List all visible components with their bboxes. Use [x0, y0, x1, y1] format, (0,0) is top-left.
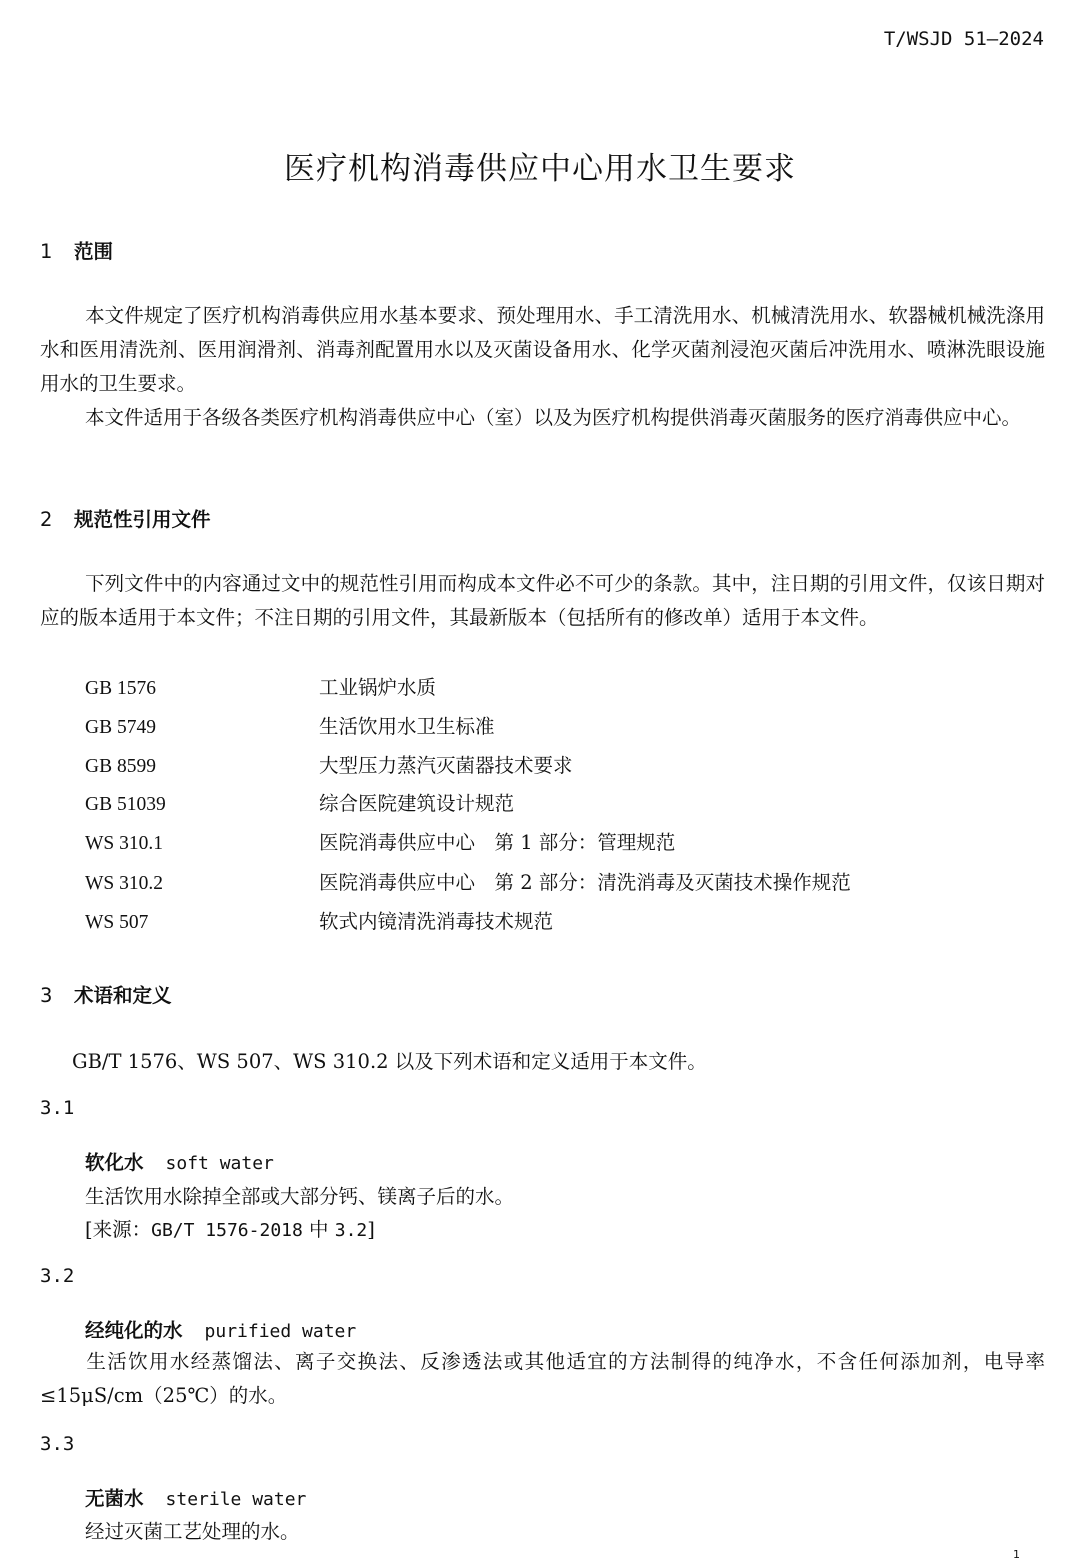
scope-paragraph-1: 本文件规定了医疗机构消毒供应用水基本要求、预处理用水、手工清洗用水、机械清洗用水…: [40, 299, 1045, 401]
term-source: [来源：GB/T 1576-2018 中 3.2]: [85, 1214, 375, 1242]
section-title: 规范性引用文件: [74, 508, 211, 531]
document-code: T/WSJD 51—2024: [884, 28, 1044, 50]
document-title: 医疗机构消毒供应中心用水卫生要求: [0, 143, 1080, 188]
section-heading-terms-definitions: 3术语和定义: [40, 980, 172, 1008]
page-number: 1: [1013, 1548, 1020, 1561]
section-title: 范围: [74, 240, 113, 263]
term-definition: 生活饮用水除掉全部或大部分钙、镁离子后的水。: [85, 1181, 514, 1209]
term-entry: 软化水soft water: [85, 1147, 274, 1175]
term-definition: 经过灭菌工艺处理的水。: [85, 1516, 300, 1544]
reference-title: 生活饮用水卫生标准: [319, 715, 495, 738]
section-heading-normative-references: 2规范性引用文件: [40, 504, 211, 532]
reference-title: 软式内镜清洗消毒技术规范: [319, 910, 553, 933]
terms-intro-paragraph: GB/T 1576、WS 507、WS 310.2 以及下列术语和定义适用于本文…: [72, 1046, 707, 1074]
reference-row: GB 51039综合医院建筑设计规范: [85, 788, 514, 816]
scope-paragraph-2: 本文件适用于各级各类医疗机构消毒供应中心（室）以及为医疗机构提供消毒灭菌服务的医…: [40, 401, 1045, 435]
section-heading-scope: 1范围: [40, 236, 113, 264]
reference-title: 工业锅炉水质: [319, 676, 436, 699]
reference-code: WS 310.2: [85, 873, 319, 895]
term-entry: 经纯化的水purified water: [85, 1315, 356, 1343]
clause-number: 3.3: [40, 1433, 74, 1455]
reference-row: GB 1576工业锅炉水质: [85, 672, 436, 700]
term-english: sterile water: [166, 1489, 307, 1510]
term-chinese: 经纯化的水: [85, 1319, 183, 1342]
reference-row: GB 5749生活饮用水卫生标准: [85, 711, 495, 739]
section-number: 2: [40, 508, 74, 531]
reference-code: WS 310.1: [85, 833, 319, 855]
reference-title: 医院消毒供应中心 第 1 部分：管理规范: [319, 831, 675, 854]
reference-code: GB 1576: [85, 678, 319, 700]
references-intro-paragraph: 下列文件中的内容通过文中的规范性引用而构成本文件必不可少的条款。其中，注日期的引…: [40, 567, 1045, 635]
section-number: 3: [40, 984, 74, 1007]
term-definition: 生活饮用水经蒸馏法、离子交换法、反渗透法或其他适宜的方法制得的纯净水，不含任何添…: [40, 1345, 1045, 1413]
reference-row: GB 8599大型压力蒸汽灭菌器技术要求: [85, 750, 573, 778]
reference-row: WS 310.2医院消毒供应中心 第 2 部分：清洗消毒及灭菌技术操作规范: [85, 867, 851, 895]
term-entry: 无菌水sterile water: [85, 1483, 306, 1511]
term-chinese: 软化水: [85, 1151, 144, 1174]
clause-number: 3.1: [40, 1097, 74, 1119]
reference-title: 医院消毒供应中心 第 2 部分：清洗消毒及灭菌技术操作规范: [319, 871, 851, 894]
reference-code: GB 51039: [85, 794, 319, 816]
term-english: purified water: [205, 1321, 357, 1342]
reference-row: WS 507软式内镜清洗消毒技术规范: [85, 906, 553, 934]
reference-title: 综合医院建筑设计规范: [319, 792, 514, 815]
reference-code: WS 507: [85, 912, 319, 934]
reference-title: 大型压力蒸汽灭菌器技术要求: [319, 754, 573, 777]
section-number: 1: [40, 240, 74, 263]
term-english: soft water: [166, 1153, 274, 1174]
section-title: 术语和定义: [74, 984, 172, 1007]
reference-code: GB 5749: [85, 717, 319, 739]
reference-code: GB 8599: [85, 756, 319, 778]
reference-row: WS 310.1医院消毒供应中心 第 1 部分：管理规范: [85, 827, 675, 855]
clause-number: 3.2: [40, 1265, 74, 1287]
term-chinese: 无菌水: [85, 1487, 144, 1510]
